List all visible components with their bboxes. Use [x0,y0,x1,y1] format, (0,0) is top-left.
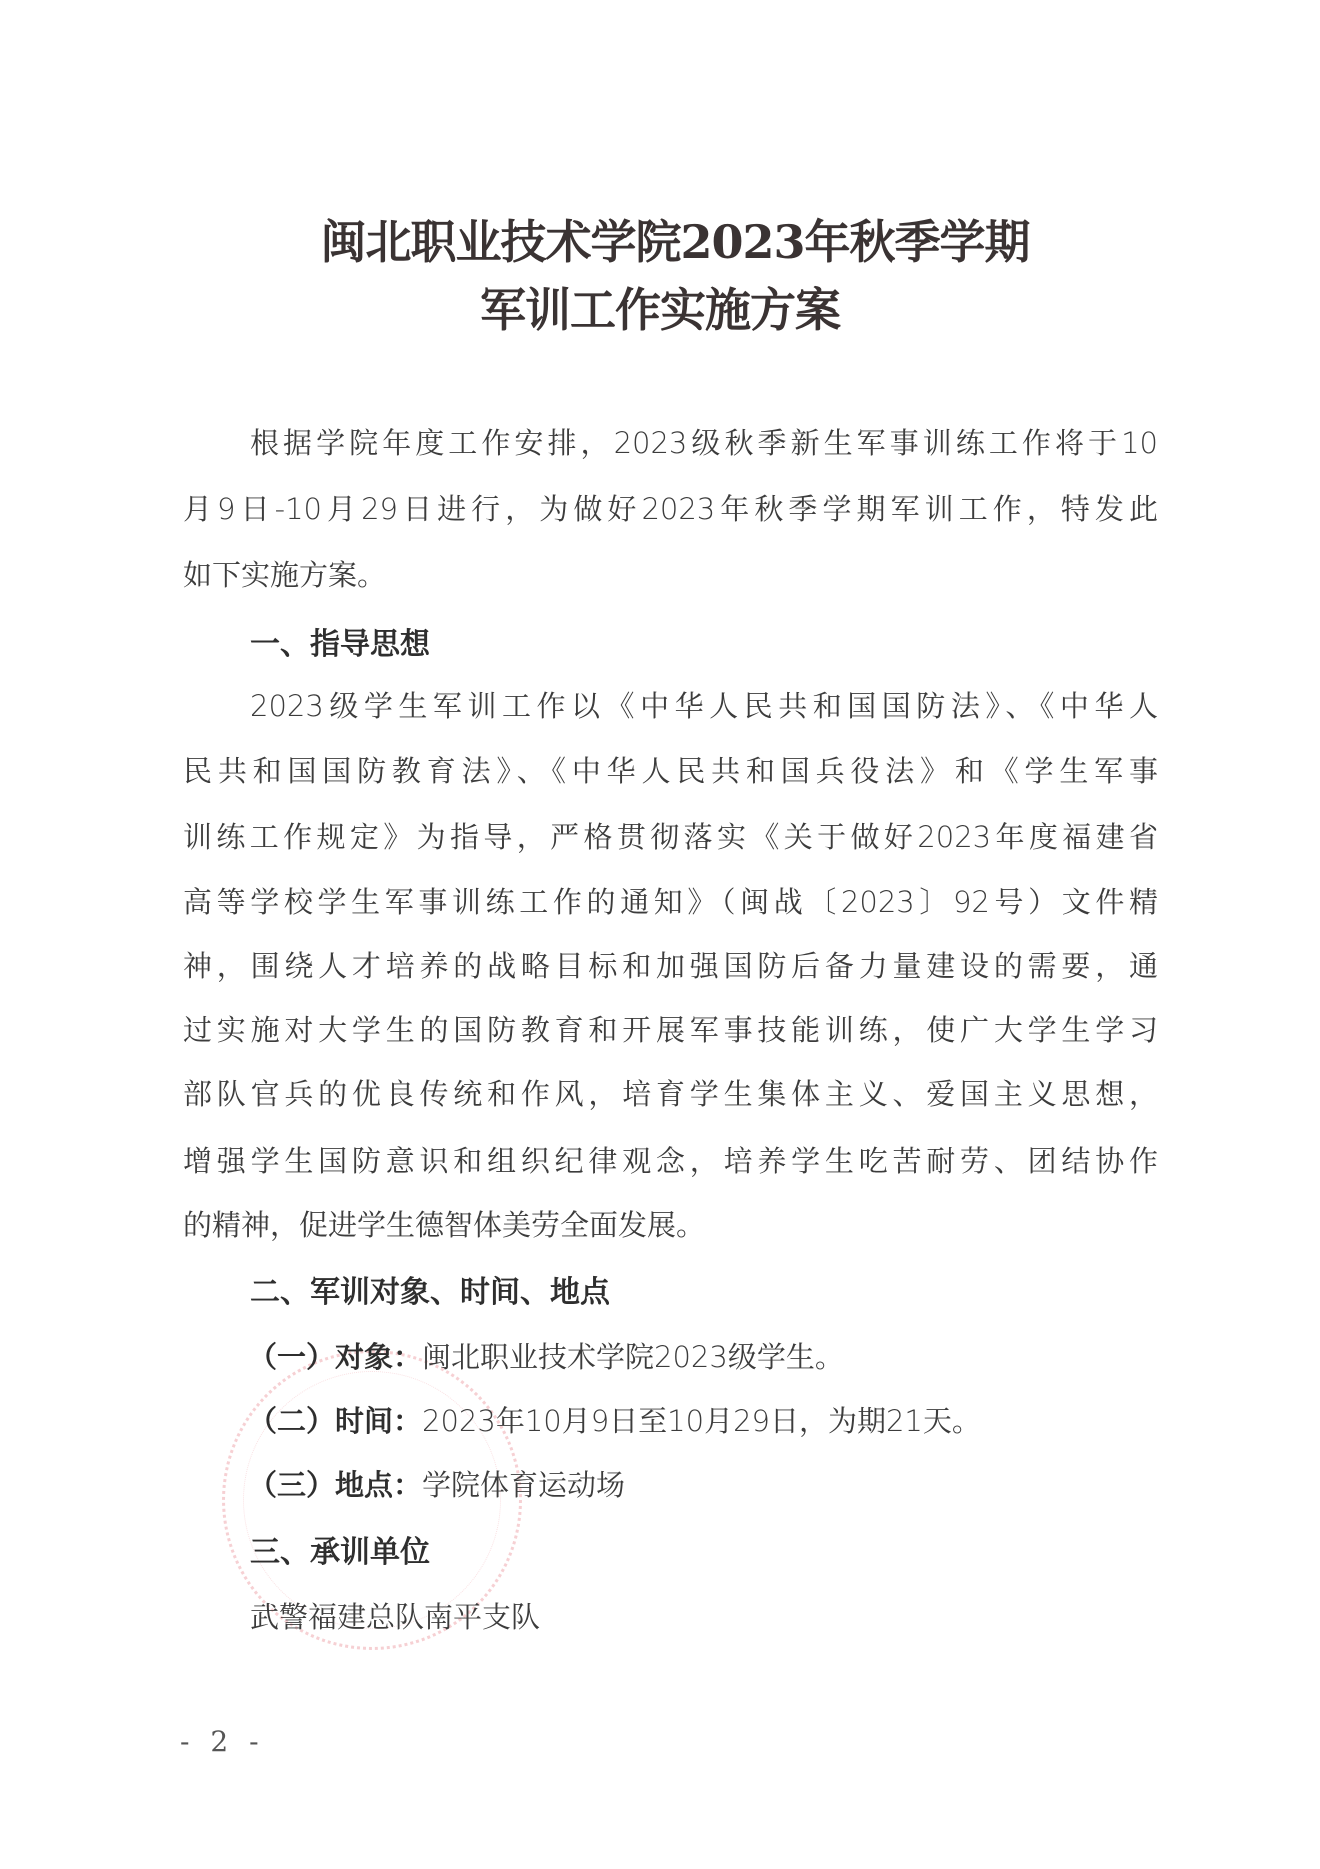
document-title-line-1: 闽北职业技术学院2023年秋季学期 [0,212,1320,272]
page-number: - 2 - [180,1725,265,1758]
item-place-value: 学院体育运动场 [422,1468,625,1502]
section1-line-7: 部队官兵的优良传统和作风，培育学生集体主义、爱国主义思想， [183,1069,1158,1119]
section1-line-4: 高等学校学生军事训练工作的通知》（闽战〔2023〕92号）文件精 [183,877,1158,927]
item-place-label: （三）地点： [248,1468,422,1502]
item-target-value: 闽北职业技术学院2023级学生。 [422,1340,844,1374]
document-page: 闽北职业技术学院2023年秋季学期 军训工作实施方案 根据学院年度工作安排，20… [0,0,1320,1869]
intro-line-1: 根据学院年度工作安排，2023级秋季新生军事训练工作将于10 [250,418,1158,468]
item-target-label: （一）对象： [248,1340,422,1374]
section1-line-2: 民共和国国防教育法》、《中华人民共和国兵役法》和《学生军事 [183,746,1158,796]
section1-line-1: 2023级学生军训工作以《中华人民共和国国防法》、《中华人 [250,681,1158,731]
section1-line-6: 过实施对大学生的国防教育和开展军事技能训练，使广大学生学习 [183,1005,1158,1055]
item-time-label: （二）时间： [248,1404,422,1438]
item-time-value: 2023年10月9日至10月29日，为期21天。 [422,1404,981,1438]
section-heading-guiding-ideology: 一、指导思想 [250,620,1158,670]
item-place: （三）地点：学院体育运动场 [248,1460,1158,1510]
item-time: （二）时间：2023年10月9日至10月29日，为期21天。 [248,1396,1158,1446]
section1-line-5: 神，围绕人才培养的战略目标和加强国防后备力量建设的需要，通 [183,941,1158,991]
section-heading-training-unit: 三、承训单位 [250,1528,1158,1578]
section-heading-target-time-place: 二、军训对象、时间、地点 [250,1268,1158,1318]
section1-line-9: 的精神，促进学生德智体美劳全面发展。 [183,1200,1158,1250]
training-unit-name: 武警福建总队南平支队 [250,1592,1158,1642]
item-target: （一）对象：闽北职业技术学院2023级学生。 [248,1332,1158,1382]
section1-line-8: 增强学生国防意识和组织纪律观念，培养学生吃苦耐劳、团结协作 [183,1136,1158,1186]
intro-line-3: 如下实施方案。 [183,550,1158,600]
document-title-line-2: 军训工作实施方案 [0,280,1320,340]
intro-line-2: 月9日-10月29日进行，为做好2023年秋季学期军训工作，特发此 [183,484,1158,534]
section1-line-3: 训练工作规定》为指导，严格贯彻落实《关于做好2023年度福建省 [183,812,1158,862]
